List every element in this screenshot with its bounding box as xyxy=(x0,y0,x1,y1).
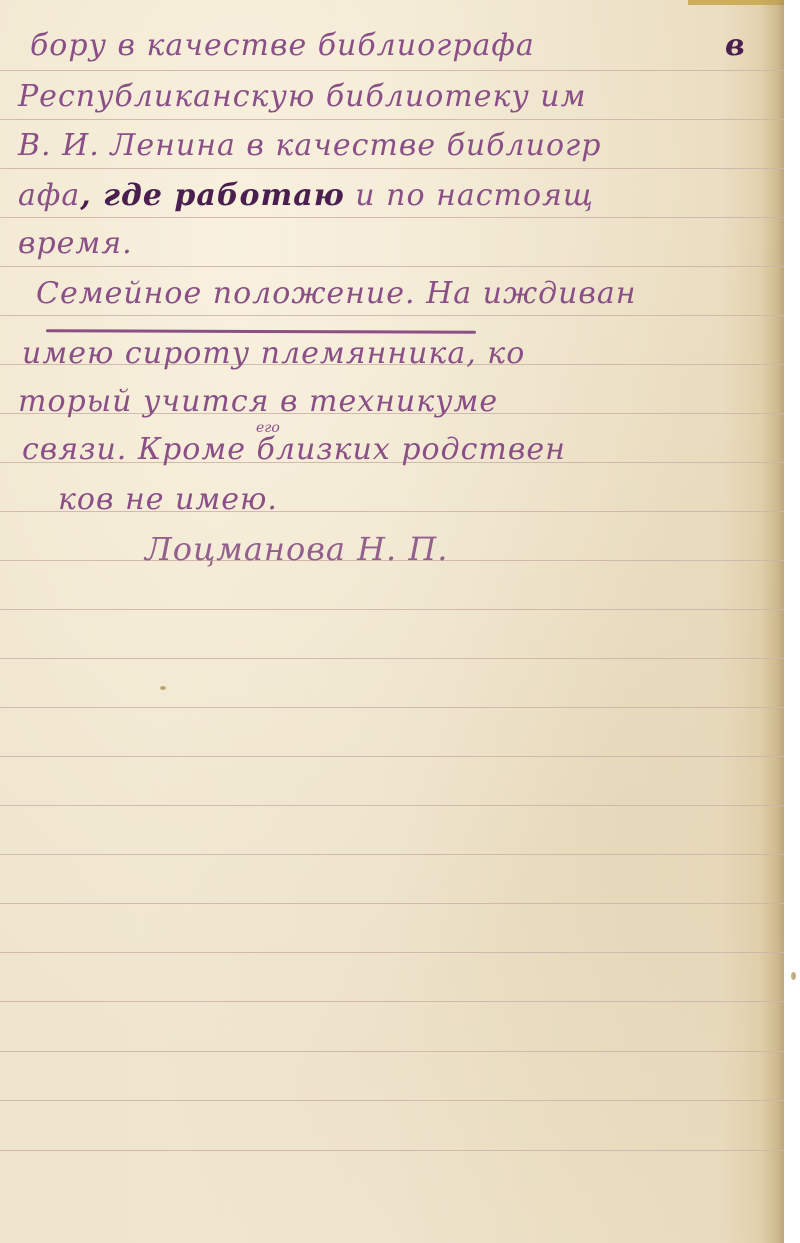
ruled-line xyxy=(0,707,784,708)
text-line-7: имею сироту племянника, ко xyxy=(22,336,525,371)
inserted-word: его xyxy=(256,420,280,436)
ruled-line xyxy=(0,903,784,904)
text-line-3: В. И. Ленина в качестве библиогр xyxy=(18,128,601,163)
ruled-line xyxy=(0,266,784,267)
ruled-line xyxy=(0,168,784,169)
ruled-line xyxy=(0,609,784,610)
line-text: и по настоящ xyxy=(345,178,594,213)
ruled-line xyxy=(0,952,784,953)
line-text-dark: в xyxy=(725,28,746,63)
ruled-line xyxy=(0,217,784,218)
text-line-1: бору в качестве библиографа в xyxy=(30,28,535,63)
ruled-line xyxy=(0,756,784,757)
line-text: На иждиван xyxy=(416,276,637,311)
heading-underline xyxy=(46,329,476,334)
ruled-line xyxy=(0,1001,784,1002)
ruled-line xyxy=(0,119,784,120)
line-text: имею сироту племянника, ко xyxy=(22,336,525,371)
line-text: ков не имею. xyxy=(58,482,278,517)
text-line-8: торый учится в техникуме xyxy=(18,384,498,419)
signature: Лоцманова Н. П. xyxy=(145,530,448,568)
text-line-6: Семейное положение. На иждиван xyxy=(36,276,637,311)
ruled-line xyxy=(0,658,784,659)
line-text: Республиканскую библиотеку им xyxy=(18,79,587,114)
paper-stain xyxy=(791,972,796,980)
page-right-edge-shadow xyxy=(760,0,784,1243)
line-text: время. xyxy=(18,226,133,261)
line-text: В. И. Ленина в качестве библиогр xyxy=(18,128,601,163)
text-line-9: связи. Кроме близких родствен xyxy=(22,432,566,467)
text-line-5: время. xyxy=(18,226,133,261)
ruled-line xyxy=(0,315,784,316)
line-text: близких родствен xyxy=(246,432,566,467)
text-line-2: Республиканскую библиотеку им xyxy=(18,79,587,114)
ruled-line xyxy=(0,854,784,855)
line-text-dark: , где работаю xyxy=(80,178,344,213)
document-page: бору в качестве библиографа в Республика… xyxy=(0,0,784,1243)
line-text: бору в качестве библиографа xyxy=(30,28,535,63)
ruled-line xyxy=(0,805,784,806)
signature-text: Лоцманова Н. П. xyxy=(145,530,448,568)
ruled-line xyxy=(0,1051,784,1052)
line-text: связи. Кроме xyxy=(22,432,246,467)
paper-stain xyxy=(160,686,166,690)
ruled-line xyxy=(0,1100,784,1101)
text-line-4: афа, где работаю и по настоящ xyxy=(18,178,594,213)
ruled-line xyxy=(0,70,784,71)
line-text: афа xyxy=(18,178,80,213)
line-text: торый учится в техникуме xyxy=(18,384,498,419)
section-heading-family-status: Семейное положение. xyxy=(36,276,416,311)
ruled-line xyxy=(0,1150,784,1151)
text-line-10: ков не имею. xyxy=(58,482,278,517)
